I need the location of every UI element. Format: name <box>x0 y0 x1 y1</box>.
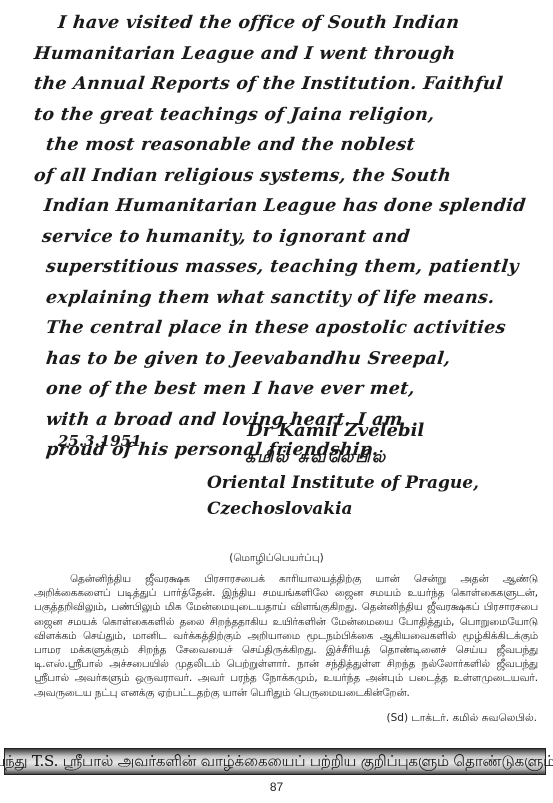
translation-signature: (Sd) டாக்டர். கமில் சுவலெபில். <box>387 712 537 725</box>
handwritten-line: Humanitarian League and I went through <box>32 39 535 70</box>
handwritten-line: explaining them what sanctity of life me… <box>32 283 535 314</box>
signature-institution: Oriental Institute of Prague, <box>205 470 535 496</box>
handwritten-letter: I have visited the office of South India… <box>34 8 534 466</box>
signature-tamil-name: கமில் சுவலெபில் <box>205 444 535 470</box>
handwritten-line: Indian Humanitarian League has done sple… <box>32 191 535 222</box>
handwritten-line: of all Indian religious systems, the Sou… <box>32 161 535 192</box>
handwritten-line: service to humanity, to ignorant and <box>32 222 535 253</box>
footer-banner-text: ஜீவபந்து T.S. ஸ்ரீபால் அவர்களின் வாழ்க்க… <box>0 752 553 772</box>
translation-paragraph: தென்னிந்திய ஜீவரக்ஷக பிரசாரசபைக் காரியால… <box>34 572 538 700</box>
signature-name: Dr Kamil Zvelebil <box>205 418 535 444</box>
letter-date: 25.3.1951 <box>58 432 142 450</box>
translation-body: தென்னிந்திய ஜீவரக்ஷக பிரசாரசபைக் காரியால… <box>34 572 538 700</box>
handwritten-line: to the great teachings of Jaina religion… <box>32 100 535 131</box>
handwritten-line: I have visited the office of South India… <box>32 8 535 39</box>
signature-block: Dr Kamil Zvelebil கமில் சுவலெபில் Orient… <box>205 418 535 522</box>
signature-country: Czechoslovakia <box>205 496 535 522</box>
translation-title: (மொழிப்பெயர்ப்பு) <box>0 552 553 565</box>
footer-banner: ஜீவபந்து T.S. ஸ்ரீபால் அவர்களின் வாழ்க்க… <box>4 748 546 775</box>
handwritten-line: superstitious masses, teaching them, pat… <box>32 252 535 283</box>
handwritten-line: the most reasonable and the noblest <box>32 130 535 161</box>
handwritten-line: the Annual Reports of the Institution. F… <box>32 69 535 100</box>
page-number: 87 <box>0 780 553 794</box>
handwritten-line: The central place in these apostolic act… <box>32 313 535 344</box>
handwritten-line: has to be given to Jeevabandhu Sreepal, <box>32 344 535 375</box>
handwritten-line: one of the best men I have ever met, <box>32 374 535 405</box>
